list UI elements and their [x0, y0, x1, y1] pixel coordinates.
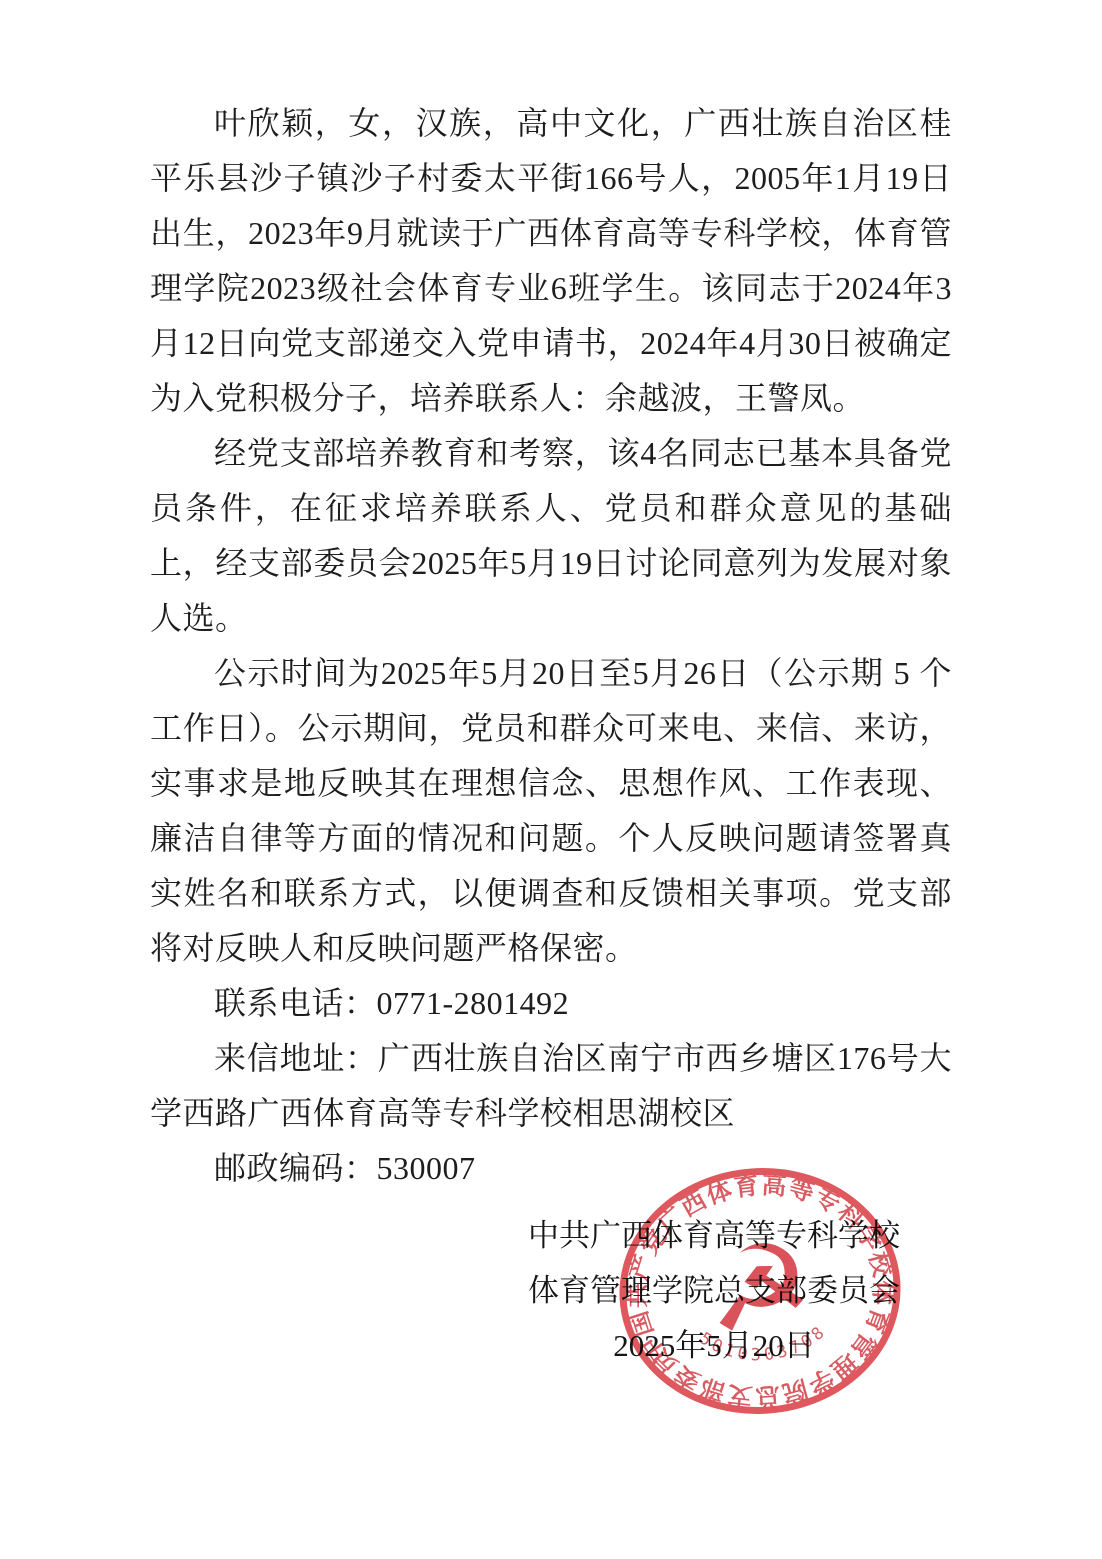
- paragraph-approval: 经党支部培养教育和考察，该4名同志已基本具备党员条件，在征求培养联系人、党员和群…: [150, 426, 952, 646]
- contact-address-line: 来信地址：广西壮族自治区南宁市西乡塘区176号大学西路广西体育高等专科学校相思湖…: [150, 1031, 952, 1141]
- document-body: 叶欣颖，女，汉族，高中文化，广西壮族自治区桂平乐县沙子镇沙子村委太平街166号人…: [150, 96, 952, 1196]
- paragraph-intro: 叶欣颖，女，汉族，高中文化，广西壮族自治区桂平乐县沙子镇沙子村委太平街166号人…: [150, 96, 952, 426]
- paragraph-notice-period: 公示时间为2025年5月20日至5月26日（公示期 5 个工作日）。公示期间，党…: [150, 646, 952, 976]
- official-seal: 中国共产党广西体育高等专科学校体育管理学院总支部委员会 ☭ 4501030370…: [603, 1152, 916, 1430]
- document-page: 叶欣颖，女，汉族，高中文化，广西壮族自治区桂平乐县沙子镇沙子村委太平街166号人…: [0, 0, 1102, 1559]
- contact-phone-line: 联系电话：0771-2801492: [150, 976, 952, 1031]
